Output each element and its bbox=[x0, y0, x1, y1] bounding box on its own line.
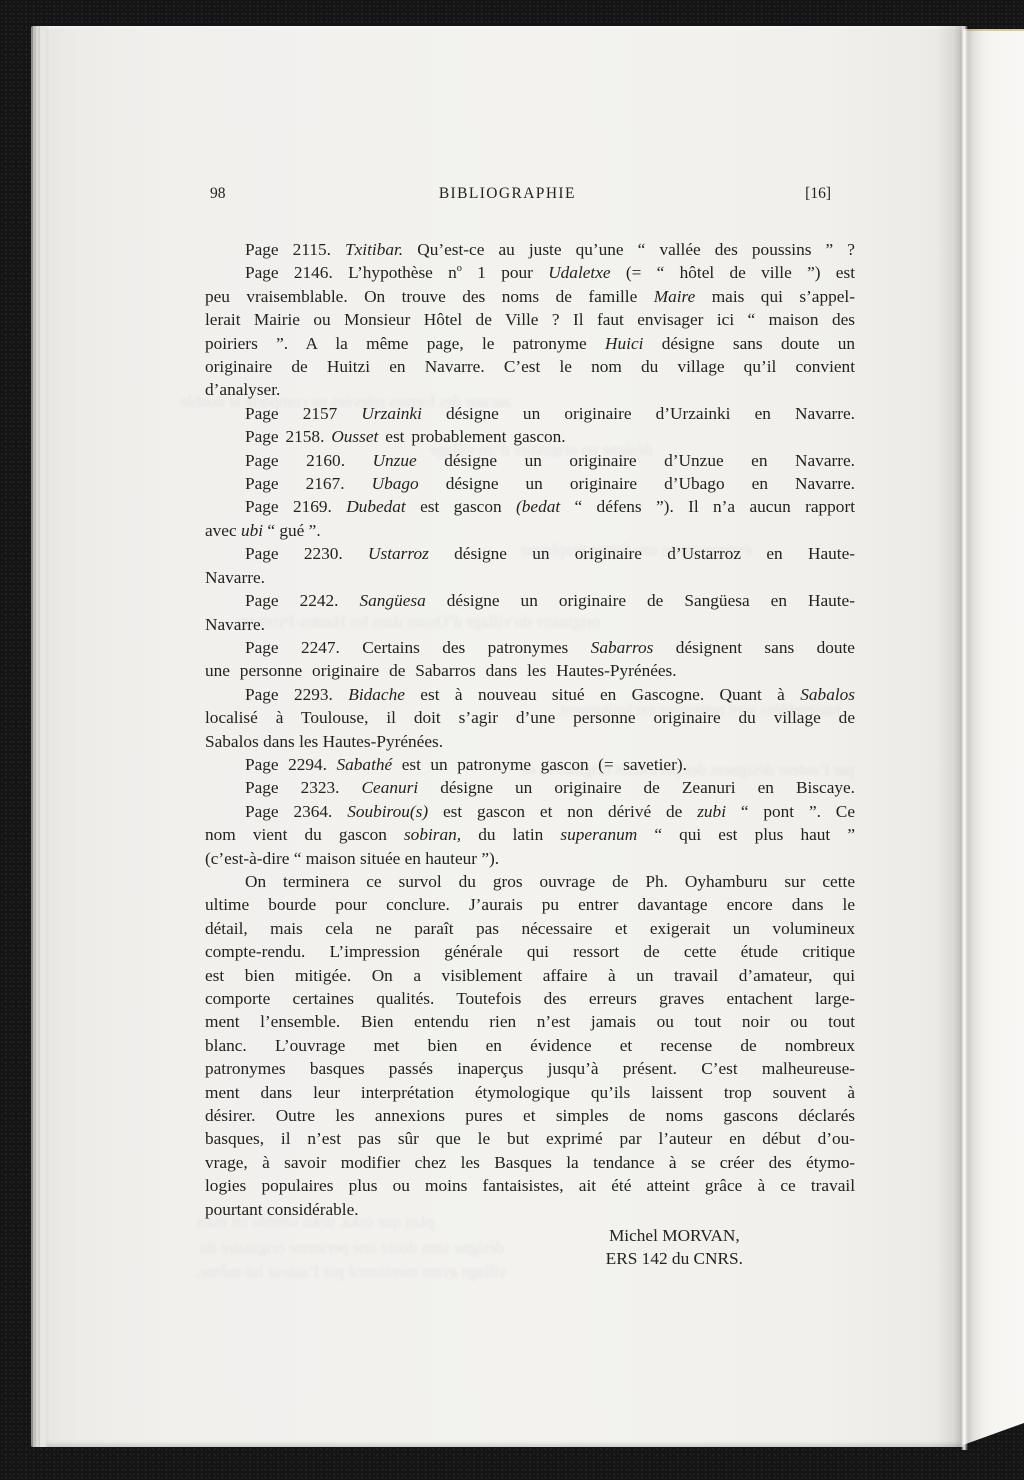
text-line: Navarre. bbox=[205, 613, 855, 636]
text-line: blanc. L’ouvrage met bien en évidence et… bbox=[205, 1034, 855, 1057]
text-line: détail, mais cela ne paraît pas nécessai… bbox=[205, 917, 855, 940]
italic-text: ubi bbox=[241, 521, 263, 540]
text-line: nom vient du gascon sobiran, du latin su… bbox=[205, 823, 855, 846]
text-segment: désigne un originaire d’Ubago en Navarre… bbox=[419, 474, 855, 493]
italic-text: Sangüesa bbox=[360, 591, 426, 610]
paragraph: Page 2230. Ustarroz désigne un originair… bbox=[205, 542, 855, 589]
text-segment: désigne sans doute un bbox=[643, 334, 855, 353]
paragraph: Page 2169. Dubedat est gascon (bedat “ d… bbox=[205, 495, 855, 542]
text-line: Page 2230. Ustarroz désigne un originair… bbox=[205, 542, 855, 565]
text-line: compte-rendu. L’impression générale qui … bbox=[205, 940, 855, 963]
text-line: Page 2146. L’hypothèse no 1 pour Udaletx… bbox=[205, 261, 855, 284]
text-segment: du latin bbox=[461, 825, 560, 844]
paragraph: Page 2323. Ceanuri désigne un originaire… bbox=[205, 776, 855, 799]
text-segment: détail, mais cela ne paraît pas nécessai… bbox=[205, 919, 855, 938]
italic-text: Ceanuri bbox=[362, 778, 419, 797]
page-number: 98 bbox=[210, 184, 226, 204]
text-segment: peu vraisemblable. On trouve des noms de… bbox=[205, 287, 654, 306]
text-segment: d’analyser. bbox=[205, 380, 280, 399]
text-segment: Page 2115. bbox=[245, 240, 345, 259]
text-segment: Page 2146. L’hypothèse n bbox=[245, 263, 457, 282]
text-segment: est gascon bbox=[406, 497, 516, 516]
text-segment: désirer. Outre les annexions pures et si… bbox=[205, 1106, 855, 1125]
italic-text: Maire bbox=[654, 287, 696, 306]
text-segment: désigne un originaire d’Unzue en Navarre… bbox=[417, 451, 855, 470]
italic-text: Sabarros bbox=[591, 638, 654, 657]
text-segment: (= “ hôtel de ville ”) est bbox=[611, 263, 855, 282]
text-segment: désigne un originaire d’Urzainki en Nava… bbox=[422, 404, 855, 423]
paragraph: Page 2293. Bidache est à nouveau situé e… bbox=[205, 683, 855, 753]
text-segment: ment l’ensemble. Bien entendu rien n’est… bbox=[205, 1012, 855, 1031]
text-segment: “ gué ”. bbox=[263, 521, 321, 540]
paragraph: Page 2157 Urzainki désigne un originaire… bbox=[205, 402, 855, 425]
text-line: Navarre. bbox=[205, 566, 855, 589]
italic-text: Bidache bbox=[348, 685, 405, 704]
text-segment: Page 2167. bbox=[245, 474, 372, 493]
italic-text: Huici bbox=[605, 334, 643, 353]
text-segment: est un patronyme gascon (= savetier). bbox=[392, 755, 687, 774]
text-line: Page 2294. Sabathé est un patronyme gasc… bbox=[205, 753, 855, 776]
text-segment: Qu’est-ce au juste qu’une “ vallée des p… bbox=[403, 240, 855, 259]
text-segment: désignent sans doute bbox=[653, 638, 855, 657]
text-segment: comporte certaines qualités. Toutefois d… bbox=[205, 989, 855, 1008]
text-segment: est à nouveau situé en Gascogne. Quant à bbox=[405, 685, 800, 704]
text-segment: désigne un originaire d’Ustarroz en Haut… bbox=[429, 544, 855, 563]
signature-affiliation: ERS 142 du CNRS. bbox=[606, 1247, 743, 1270]
text-line: logies populaires plus ou moins fantaisi… bbox=[205, 1174, 855, 1197]
text-line: vrage, à savoir modifier chez les Basque… bbox=[205, 1151, 855, 1174]
signature-block: Michel MORVAN, ERS 142 du CNRS. bbox=[606, 1224, 743, 1271]
text-segment: Page 2160. bbox=[245, 451, 373, 470]
text-segment: Sabalos dans les Hautes-Pyrénées. bbox=[205, 732, 443, 751]
text-segment: Navarre. bbox=[205, 615, 265, 634]
paragraph: Page 2247. Certains des patronymes Sabar… bbox=[205, 636, 855, 683]
text-line: Page 2167. Ubago désigne un originaire d… bbox=[205, 472, 855, 495]
italic-text: zubi bbox=[697, 802, 726, 821]
paragraph: Page 2364. Soubirou(s) est gascon et non… bbox=[205, 800, 855, 870]
text-segment: une personne originaire de Sabarros dans… bbox=[205, 661, 677, 680]
signature-name: Michel MORVAN, bbox=[606, 1224, 743, 1247]
text-segment: compte-rendu. L’impression générale qui … bbox=[205, 942, 855, 961]
italic-text: Ubago bbox=[372, 474, 419, 493]
text-segment: localisé à Toulouse, il doit s’agir d’un… bbox=[205, 708, 855, 727]
text-line: localisé à Toulouse, il doit s’agir d’un… bbox=[205, 706, 855, 729]
text-line: Page 2158. Ousset est probablement gasco… bbox=[205, 425, 855, 448]
text-segment: lerait Mairie ou Monsieur Hôtel de Ville… bbox=[205, 310, 855, 329]
text-line: Sabalos dans les Hautes-Pyrénées. bbox=[205, 730, 855, 753]
text-line: ment l’ensemble. Bien entendu rien n’est… bbox=[205, 1010, 855, 1033]
text-line: Page 2169. Dubedat est gascon (bedat “ d… bbox=[205, 495, 855, 518]
italic-text: Ousset bbox=[331, 427, 378, 446]
text-segment: est gascon et non dérivé de bbox=[428, 802, 697, 821]
text-line: Page 2364. Soubirou(s) est gascon et non… bbox=[205, 800, 855, 823]
italic-text: Sabathé bbox=[337, 755, 393, 774]
text-line: une personne originaire de Sabarros dans… bbox=[205, 659, 855, 682]
italic-text: Sabalos bbox=[800, 685, 855, 704]
text-segment: vrage, à savoir modifier chez les Basque… bbox=[205, 1153, 855, 1172]
text-line: comporte certaines qualités. Toutefois d… bbox=[205, 987, 855, 1010]
text-line: poiriers ”. A la même page, le patronyme… bbox=[205, 332, 855, 355]
text-segment: Page 2323. bbox=[245, 778, 362, 797]
italic-text: Soubirou(s) bbox=[347, 802, 428, 821]
text-line: originaire de Huitzi en Navarre. C’est l… bbox=[205, 355, 855, 378]
paragraph: Page 2242. Sangüesa désigne un originair… bbox=[205, 589, 855, 636]
text-segment: Navarre. bbox=[205, 568, 265, 587]
text-segment: Page 2157 bbox=[245, 404, 361, 423]
text-segment: est probablement gascon. bbox=[378, 427, 565, 446]
text-segment: On terminera ce survol du gros ouvrage d… bbox=[245, 872, 855, 891]
text-segment: “ défens ”). Il n’a aucun rapport bbox=[560, 497, 855, 516]
italic-text: (bedat bbox=[516, 497, 560, 516]
text-line: Page 2323. Ceanuri désigne un originaire… bbox=[205, 776, 855, 799]
paragraph: Page 2167. Ubago désigne un originaire d… bbox=[205, 472, 855, 495]
running-title: BIBLIOGRAPHIE bbox=[439, 184, 576, 204]
text-segment: “ qui est plus haut ” bbox=[637, 825, 855, 844]
text-line: Page 2242. Sangüesa désigne un originair… bbox=[205, 589, 855, 612]
text-line: Page 2247. Certains des patronymes Sabar… bbox=[205, 636, 855, 659]
text-segment: logies populaires plus ou moins fantaisi… bbox=[205, 1176, 855, 1195]
text-segment: Page 2294. bbox=[245, 755, 337, 774]
text-segment: Page 2364. bbox=[245, 802, 347, 821]
page-body: Page 2115. Txitibar. Qu’est-ce au juste … bbox=[205, 238, 855, 1221]
text-line: d’analyser. bbox=[205, 378, 855, 401]
paragraph: Page 2160. Unzue désigne un originaire d… bbox=[205, 449, 855, 472]
italic-text: Unzue bbox=[373, 451, 417, 470]
italic-text: Txitibar. bbox=[345, 240, 403, 259]
text-segment: “ pont ”. Ce bbox=[726, 802, 855, 821]
text-segment: poiriers ”. A la même page, le patronyme bbox=[205, 334, 605, 353]
italic-text: Dubedat bbox=[346, 497, 406, 516]
text-segment: ultime bourde pour conclure. J’aurais pu… bbox=[205, 895, 855, 914]
text-segment: nom vient du gascon bbox=[205, 825, 404, 844]
italic-text: Udaletxe bbox=[548, 263, 610, 282]
page-header: 98 BIBLIOGRAPHIE [16] bbox=[205, 184, 855, 204]
text-segment: désigne un originaire de Sangüesa en Hau… bbox=[426, 591, 855, 610]
text-line: Page 2293. Bidache est à nouveau situé e… bbox=[205, 683, 855, 706]
text-segment: patronymes basques passés inaperçus jusq… bbox=[205, 1059, 855, 1078]
text-segment: avec bbox=[205, 521, 241, 540]
text-line: ment dans leur interprétation étymologiq… bbox=[205, 1081, 855, 1104]
text-segment: Page 2230. bbox=[245, 544, 368, 563]
paragraph: Page 2115. Txitibar. Qu’est-ce au juste … bbox=[205, 238, 855, 261]
text-segment: ment dans leur interprétation étymologiq… bbox=[205, 1083, 855, 1102]
page-stack-edge bbox=[31, 26, 47, 1447]
book-scan: aucune des formes relevées ne comporte l… bbox=[0, 0, 1024, 1480]
text-line: avec ubi “ gué ”. bbox=[205, 519, 855, 542]
paragraph: Page 2146. L’hypothèse no 1 pour Udaletx… bbox=[205, 261, 855, 401]
text-line: basques, il n’est pas sûr que le but exp… bbox=[205, 1127, 855, 1150]
text-line: pourtant considérable. bbox=[205, 1198, 855, 1221]
text-segment: Page 2158. bbox=[245, 427, 331, 446]
text-segment: basques, il n’est pas sûr que le but exp… bbox=[205, 1129, 855, 1148]
text-segment: (c’est-à-dire “ maison située en hauteur… bbox=[205, 849, 499, 868]
adjacent-page-sliver bbox=[963, 29, 1024, 1445]
text-line: Page 2160. Unzue désigne un originaire d… bbox=[205, 449, 855, 472]
text-line: Page 2115. Txitibar. Qu’est-ce au juste … bbox=[205, 238, 855, 261]
text-line: désirer. Outre les annexions pures et si… bbox=[205, 1104, 855, 1127]
paragraph: On terminera ce survol du gros ouvrage d… bbox=[205, 870, 855, 1221]
text-segment: Page 2242. bbox=[245, 591, 360, 610]
text-line: lerait Mairie ou Monsieur Hôtel de Ville… bbox=[205, 308, 855, 331]
text-segment: 1 pour bbox=[462, 263, 548, 282]
text-line: patronymes basques passés inaperçus jusq… bbox=[205, 1057, 855, 1080]
text-segment: pourtant considérable. bbox=[205, 1200, 359, 1219]
paragraph: Page 2158. Ousset est probablement gasco… bbox=[205, 425, 855, 448]
issue-number: [16] bbox=[805, 184, 831, 204]
text-segment: mais qui s’appel- bbox=[695, 287, 855, 306]
text-segment: est bien mitigée. On a visiblement affai… bbox=[205, 966, 855, 985]
text-segment: Page 2293. bbox=[245, 685, 348, 704]
text-segment: Page 2247. Certains des patronymes bbox=[245, 638, 591, 657]
text-segment: Page 2169. bbox=[245, 497, 346, 516]
text-segment: désigne un originaire de Zeanuri en Bisc… bbox=[418, 778, 855, 797]
italic-text: Urzainki bbox=[361, 404, 421, 423]
text-line: On terminera ce survol du gros ouvrage d… bbox=[205, 870, 855, 893]
text-line: peu vraisemblable. On trouve des noms de… bbox=[205, 285, 855, 308]
text-line: est bien mitigée. On a visiblement affai… bbox=[205, 964, 855, 987]
text-segment: originaire de Huitzi en Navarre. C’est l… bbox=[205, 357, 855, 376]
text-segment: blanc. L’ouvrage met bien en évidence et… bbox=[205, 1036, 855, 1055]
text-line: ultime bourde pour conclure. J’aurais pu… bbox=[205, 893, 855, 916]
italic-text: superanum bbox=[560, 825, 637, 844]
text-line: (c’est-à-dire “ maison située en hauteur… bbox=[205, 847, 855, 870]
italic-text: sobiran, bbox=[404, 825, 461, 844]
page-content: 98 BIBLIOGRAPHIE [16] Page 2115. Txitiba… bbox=[205, 184, 855, 1271]
italic-text: Ustarroz bbox=[368, 544, 429, 563]
paragraph: Page 2294. Sabathé est un patronyme gasc… bbox=[205, 753, 855, 776]
text-line: Page 2157 Urzainki désigne un originaire… bbox=[205, 402, 855, 425]
